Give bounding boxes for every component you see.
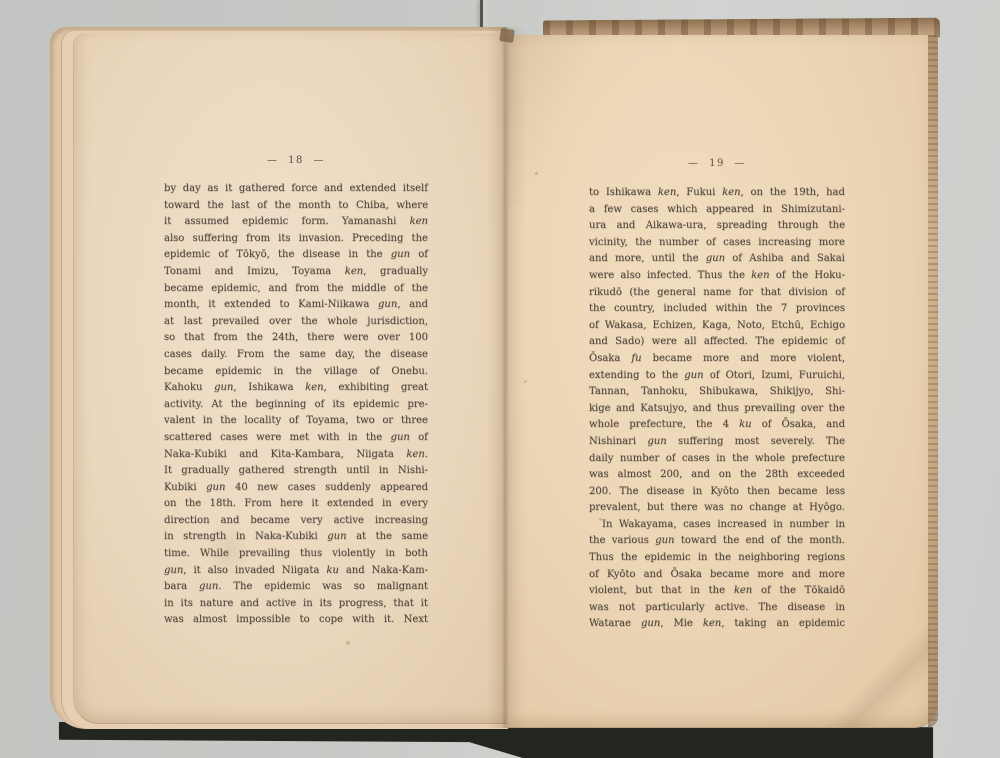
text-line: wholeprefecture,the4kuofŌsaka,and xyxy=(589,417,845,434)
right-page: — 19 — toIshikawaken,Fukuiken,onthe19th,… xyxy=(507,35,938,728)
gutter-top-notch xyxy=(499,28,515,43)
text-line: Kubikigun40newcasessuddenlyappeared xyxy=(164,480,428,497)
text-line: casesdaily.Fromthesameday,thedisease xyxy=(164,347,428,364)
text-line: TonamiandImizu,Toyamaken,gradually xyxy=(164,264,428,281)
text-line: InWakayama,casesincreasedinnumberin xyxy=(589,517,845,534)
right-page-text: toIshikawaken,Fukuiken,onthe19th,hadafew… xyxy=(589,185,845,633)
book-scan-photo: — 18 — bydayasitgatheredforceandextended… xyxy=(0,0,1000,758)
page-number-right: — 19 — xyxy=(589,158,845,169)
text-line: afewcaseswhichappearedinShimizutani- xyxy=(589,202,845,219)
text-line: violent,butthatinthekenoftheTōkaidō xyxy=(589,583,845,600)
text-line: sothatfromthe24th,therewereover100 xyxy=(164,330,428,347)
text-line: wasalmostimpossibletocopewithit.Next xyxy=(164,612,428,629)
book-gutter-shadow xyxy=(487,27,527,728)
text-line: andmore,untilthegunofAshibaandSakai xyxy=(589,251,845,268)
text-line: Ōsakafubecamemoreandmoreviolent, xyxy=(589,351,845,368)
text-line: Thustheepidemicintheneighboringregions xyxy=(589,550,845,567)
text-line: towardthelastofthemonthtoChiba,where xyxy=(164,198,428,215)
text-line: rikudō(thegeneralnameforthatdivisionof xyxy=(589,285,845,302)
text-line: valentinthelocalityofToyama,twoorthree xyxy=(164,413,428,430)
text-line: Tannan,Tanhoku,Shibukawa,Shikijyo,Shi- xyxy=(589,384,845,401)
text-line: ofWakasa,Echizen,Kaga,Noto,Etchū,Echigo xyxy=(589,318,845,335)
text-line: time.Whileprevailingthusviolentlyinboth xyxy=(164,546,428,563)
text-line: itassumedepidemicform.Yamanashiken xyxy=(164,214,428,231)
foxing-speck xyxy=(346,641,350,645)
text-line: dailynumberofcasesinthewholeprefecture xyxy=(589,451,845,468)
text-line: alsosufferingfromitsinvasion.Precedingth… xyxy=(164,231,428,248)
text-line: extendingtothegunofOtori,Izumi,Furuichi, xyxy=(589,368,845,385)
text-line: directionandbecameveryactiveincreasing xyxy=(164,513,428,530)
text-line: onthe18th.Fromhereitextendedinevery xyxy=(164,496,428,513)
text-line: becameepidemic,andfromthemiddleofthe xyxy=(164,281,428,298)
text-line: instrengthinNaka-Kubikigunatthesame xyxy=(164,529,428,546)
foxing-speck xyxy=(535,172,538,175)
text-line: thecountry,includedwithinthe7provinces xyxy=(589,301,845,318)
text-line: Nishinarigunsufferingmostseverely.The xyxy=(589,434,845,451)
text-line: wasalmost200,andonthe28thexceeded xyxy=(589,467,845,484)
text-line: werealsoinfected.ThusthekenoftheHoku- xyxy=(589,268,845,285)
text-line: wasnotparticularlyactive.Thediseasein xyxy=(589,600,845,617)
right-page-fore-edge xyxy=(928,35,938,727)
text-line: ofKyōtoandŌsakabecamemoreandmore xyxy=(589,567,845,584)
foxing-speck xyxy=(668,523,672,527)
text-line: epidemicofTōkyō,thediseaseinthegunof xyxy=(164,247,428,264)
text-line: becameepidemicinthevillageofOnebu. xyxy=(164,364,428,381)
page-stain xyxy=(205,520,251,580)
text-line: activity.Atthebeginningofitsepidemicpre- xyxy=(164,397,428,414)
text-line: 200.ThediseaseinKyōtothenbecameless xyxy=(589,484,845,501)
text-line: uraandAikawa-ura,spreadingthroughthe xyxy=(589,218,845,235)
page-number-left: — 18 — xyxy=(164,155,428,166)
foxing-speck xyxy=(524,380,527,383)
text-line: scatteredcasesweremetwithinthegunof xyxy=(164,430,428,447)
left-page: — 18 — bydayasitgatheredforceandextended… xyxy=(73,33,508,724)
text-line: Wataraegun,Mieken,takinganepidemic xyxy=(589,616,845,633)
page-wrinkle xyxy=(507,35,657,205)
text-line: bydayasitgatheredforceandextendeditself xyxy=(164,181,428,198)
text-line: prevalent,buttherewasnochangeatHyōgo. xyxy=(589,500,845,517)
text-line: Naka-KubikiandKita-Kambara,Niigataken. xyxy=(164,447,428,464)
text-line: kigeandKatsujyo,andthusprevailingoverthe xyxy=(589,401,845,418)
foxing-speck xyxy=(599,518,602,521)
text-line: thevariousguntowardtheendofthemonth. xyxy=(589,533,845,550)
text-line: month,itextendedtoKami-Niikawagun,and xyxy=(164,297,428,314)
left-page-text: bydayasitgatheredforceandextendeditselft… xyxy=(164,181,428,629)
text-line: atlastprevailedoverthewholejurisdiction, xyxy=(164,314,428,331)
text-line: vicinity,thenumberofcasesincreasingmore xyxy=(589,235,845,252)
text-line: andSado)wereallaffected.Theepidemicof xyxy=(589,334,845,351)
text-line: ItgraduallygatheredstrengthuntilinNishi- xyxy=(164,463,428,480)
text-line: Kahokugun,Ishikawaken,exhibitinggreat xyxy=(164,380,428,397)
text-line: baragun.Theepidemicwassomalignant xyxy=(164,579,428,596)
text-line: toIshikawaken,Fukuiken,onthe19th,had xyxy=(589,185,845,202)
text-line: initsnatureandactiveinitsprogress,thatit xyxy=(164,596,428,613)
text-line: gun,italsoinvadedNiigatakuandNaka-Kam- xyxy=(164,563,428,580)
